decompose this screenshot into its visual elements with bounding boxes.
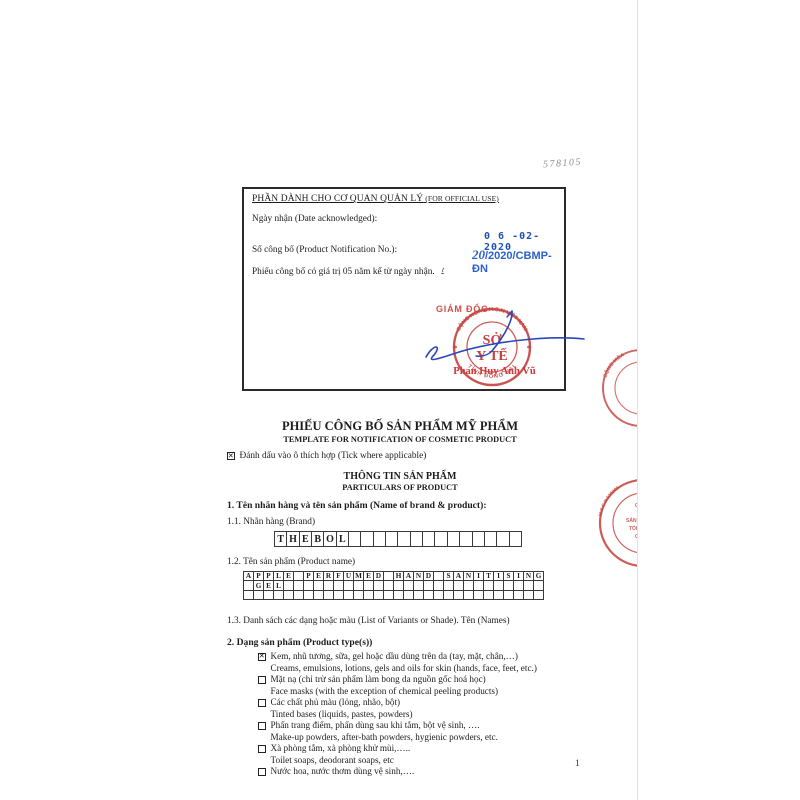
date-acknowledged-label: Ngày nhận (Date acknowledged): <box>252 214 377 224</box>
product-type-item: Mặt nạ (chỉ trừ sản phẩm làm bong da ngu… <box>258 674 588 686</box>
document-scan-area: 578105 PHẦN DÀNH CHO CƠ QUAN QUẢN LÝ (FO… <box>0 0 638 800</box>
unchecked-checkbox <box>258 745 266 753</box>
edge-seal-line-3: TỔNG <box>629 525 638 532</box>
char-cell <box>348 531 361 547</box>
product-type-label-en: Face masks (with the exception of chemic… <box>258 686 588 698</box>
edge-seal-bottom-arc-text: M.S.C.N 030285 <box>598 485 621 517</box>
char-cell <box>397 531 410 547</box>
product-type-item: ✕Kem, nhũ tương, sữa, gel hoặc dầu dùng … <box>258 651 588 663</box>
char-cell <box>472 531 485 547</box>
edge-seal-bottom: M.S.C.N 030285 CÔ T SẢN XUẤT TỔNG CỔ Đ <box>593 473 638 573</box>
product-type-label-vi: Kem, nhũ tương, sữa, gel hoặc dầu dùng t… <box>271 651 518 663</box>
char-cell <box>422 531 435 547</box>
product-type-label-vi: Nước hoa, nước thơm dùng vệ sinh,…. <box>271 766 415 778</box>
char-cell <box>373 531 386 547</box>
unchecked-checkbox <box>258 676 266 684</box>
tick-note: ✕ Đánh dấu vào ô thích hợp (Tick where a… <box>227 451 426 461</box>
unchecked-checkbox <box>258 722 266 730</box>
edge-seal-top: CỘNG HÒA <box>591 338 638 438</box>
form-title-vi: PHIẾU CÔNG BỐ SẢN PHẨM MỸ PHẨM <box>227 419 573 434</box>
char-cell <box>509 531 522 547</box>
edge-seal-line-0: CÔ <box>635 501 638 509</box>
product-type-item: Xà phòng tắm, xà phòng khử mùi,….. <box>258 743 588 755</box>
product-info-title-en: PARTICULARS OF PRODUCT <box>227 483 573 492</box>
product-name-letter-grid: APPLEPERFUMEDHANDSANITISINGGEL <box>243 571 544 600</box>
char-cell <box>410 531 423 547</box>
pen-mark: t <box>441 265 444 274</box>
svg-text:CỘNG HÒA: CỘNG HÒA <box>602 352 626 379</box>
product-type-item: Nước hoa, nước thơm dùng vệ sinh,…. <box>258 766 588 778</box>
product-name-label: 1.2. Tên sản phẩm (Product name) <box>227 557 355 567</box>
unchecked-checkbox <box>258 699 266 707</box>
char-cell: O <box>323 531 336 547</box>
product-info-title-vi: THÔNG TIN SẢN PHẨM <box>227 471 573 482</box>
official-box-heading-en: (FOR OFFICIAL USE) <box>423 194 499 203</box>
edge-seal-top-arc-text: CỘNG HÒA <box>602 352 626 379</box>
edge-seal-line-4: CỔ <box>635 533 638 540</box>
variants-label: 1.3. Danh sách các dạng hoặc màu (List o… <box>227 616 510 626</box>
notification-no-label: Số công bố (Product Notification No.): <box>252 245 397 255</box>
notification-number: 20/2020/CBMP-ĐN <box>472 247 564 275</box>
svg-text:M.S.C.N 030285: M.S.C.N 030285 <box>598 485 621 517</box>
signer-name: Phan Huy Anh Vũ <box>422 366 567 377</box>
product-type-label-en: Make-up powders, after-bath powders, hyg… <box>258 732 588 744</box>
scanned-page: 578105 PHẦN DÀNH CHO CƠ QUAN QUẢN LÝ (FO… <box>0 0 800 800</box>
char-cell: T <box>274 531 287 547</box>
product-type-list: ✕Kem, nhũ tương, sữa, gel hoặc dầu dùng … <box>258 651 588 778</box>
official-box-heading-vi: PHẦN DÀNH CHO CƠ QUAN QUẢN LÝ <box>252 194 423 204</box>
checked-checkbox: ✕ <box>258 653 266 661</box>
product-type-label-vi: Các chất phủ màu (lỏng, nhão, bột) <box>271 697 401 709</box>
product-type-label-en: Tinted bases (liquids, pastes, powders) <box>258 709 588 721</box>
char-cell <box>533 590 544 600</box>
product-type-item: Phấn trang điểm, phấn dùng sau khi tắm, … <box>258 720 588 732</box>
product-type-label-vi: Phấn trang điểm, phấn dùng sau khi tắm, … <box>271 720 480 732</box>
char-cell: H <box>286 531 299 547</box>
product-type-label-en: Toilet soaps, deodorant soaps, etc <box>258 755 588 767</box>
brand-letter-grid: THEBOL <box>274 531 522 547</box>
char-cell <box>459 531 472 547</box>
char-cell <box>484 531 497 547</box>
product-type-label-vi: Mặt nạ (chỉ trừ sản phẩm làm bong da ngu… <box>271 674 486 686</box>
char-cell: L <box>336 531 349 547</box>
tick-note-label: Đánh dấu vào ô thích hợp (Tick where app… <box>240 451 427 461</box>
product-type-label-vi: Xà phòng tắm, xà phòng khử mùi,….. <box>271 743 411 755</box>
handwritten-ref-code: 578105 <box>543 157 583 171</box>
char-cell: B <box>311 531 324 547</box>
official-use-box: PHẦN DÀNH CHO CƠ QUAN QUẢN LÝ (FOR OFFIC… <box>242 187 566 391</box>
official-box-heading: PHẦN DÀNH CHO CƠ QUAN QUẢN LÝ (FOR OFFIC… <box>252 194 499 204</box>
char-cell <box>447 531 460 547</box>
section2-heading: 2. Dạng sản phẩm (Product type(s)) <box>227 637 372 648</box>
product-type-label-en: Creams, emulsions, lotions, gels and oil… <box>258 663 588 675</box>
unchecked-checkbox <box>258 768 266 776</box>
notification-number-handwritten: 20 <box>472 247 485 262</box>
form-title-en: TEMPLATE FOR NOTIFICATION OF COSMETIC PR… <box>227 435 573 444</box>
tick-note-checkbox: ✕ <box>227 452 235 460</box>
product-type-item: Các chất phủ màu (lỏng, nhão, bột) <box>258 697 588 709</box>
brand-label: 1.1. Nhãn hàng (Brand) <box>227 517 315 527</box>
page-number: 1 <box>575 759 580 769</box>
validity-note: Phiếu công bố có giá trị 05 năm kể từ ng… <box>252 267 435 277</box>
char-cell <box>385 531 398 547</box>
section1-heading: 1. Tên nhãn hàng và tên sản phẩm (Name o… <box>227 500 487 511</box>
char-cell <box>360 531 373 547</box>
char-cell <box>496 531 509 547</box>
char-cell <box>434 531 447 547</box>
char-cell: E <box>299 531 312 547</box>
edge-seal-line-2: SẢN XUẤT <box>626 517 638 524</box>
